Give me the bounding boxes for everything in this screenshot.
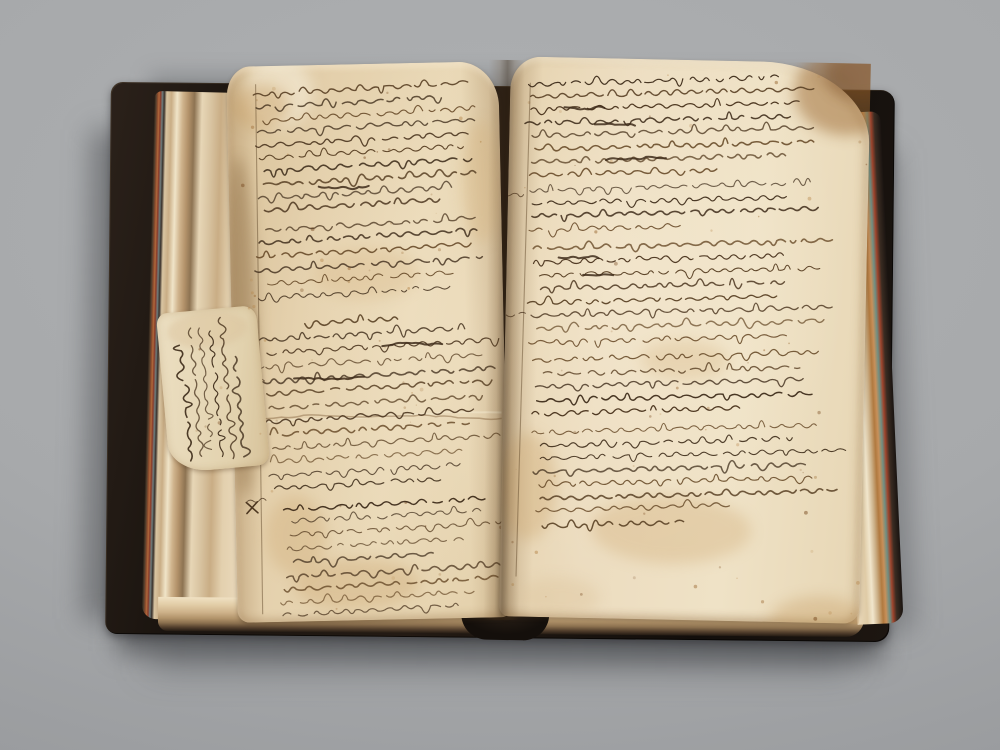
manuscript-page-left [226,61,510,623]
book-shadow-soft [150,640,850,666]
paper-slip [156,305,270,473]
manuscript-page-right [499,56,871,623]
gutter-shadow [483,60,525,620]
photo-backdrop [0,0,1000,750]
handwriting-left [226,61,510,623]
handwriting-slip [156,305,270,473]
handwriting-right [499,56,871,623]
